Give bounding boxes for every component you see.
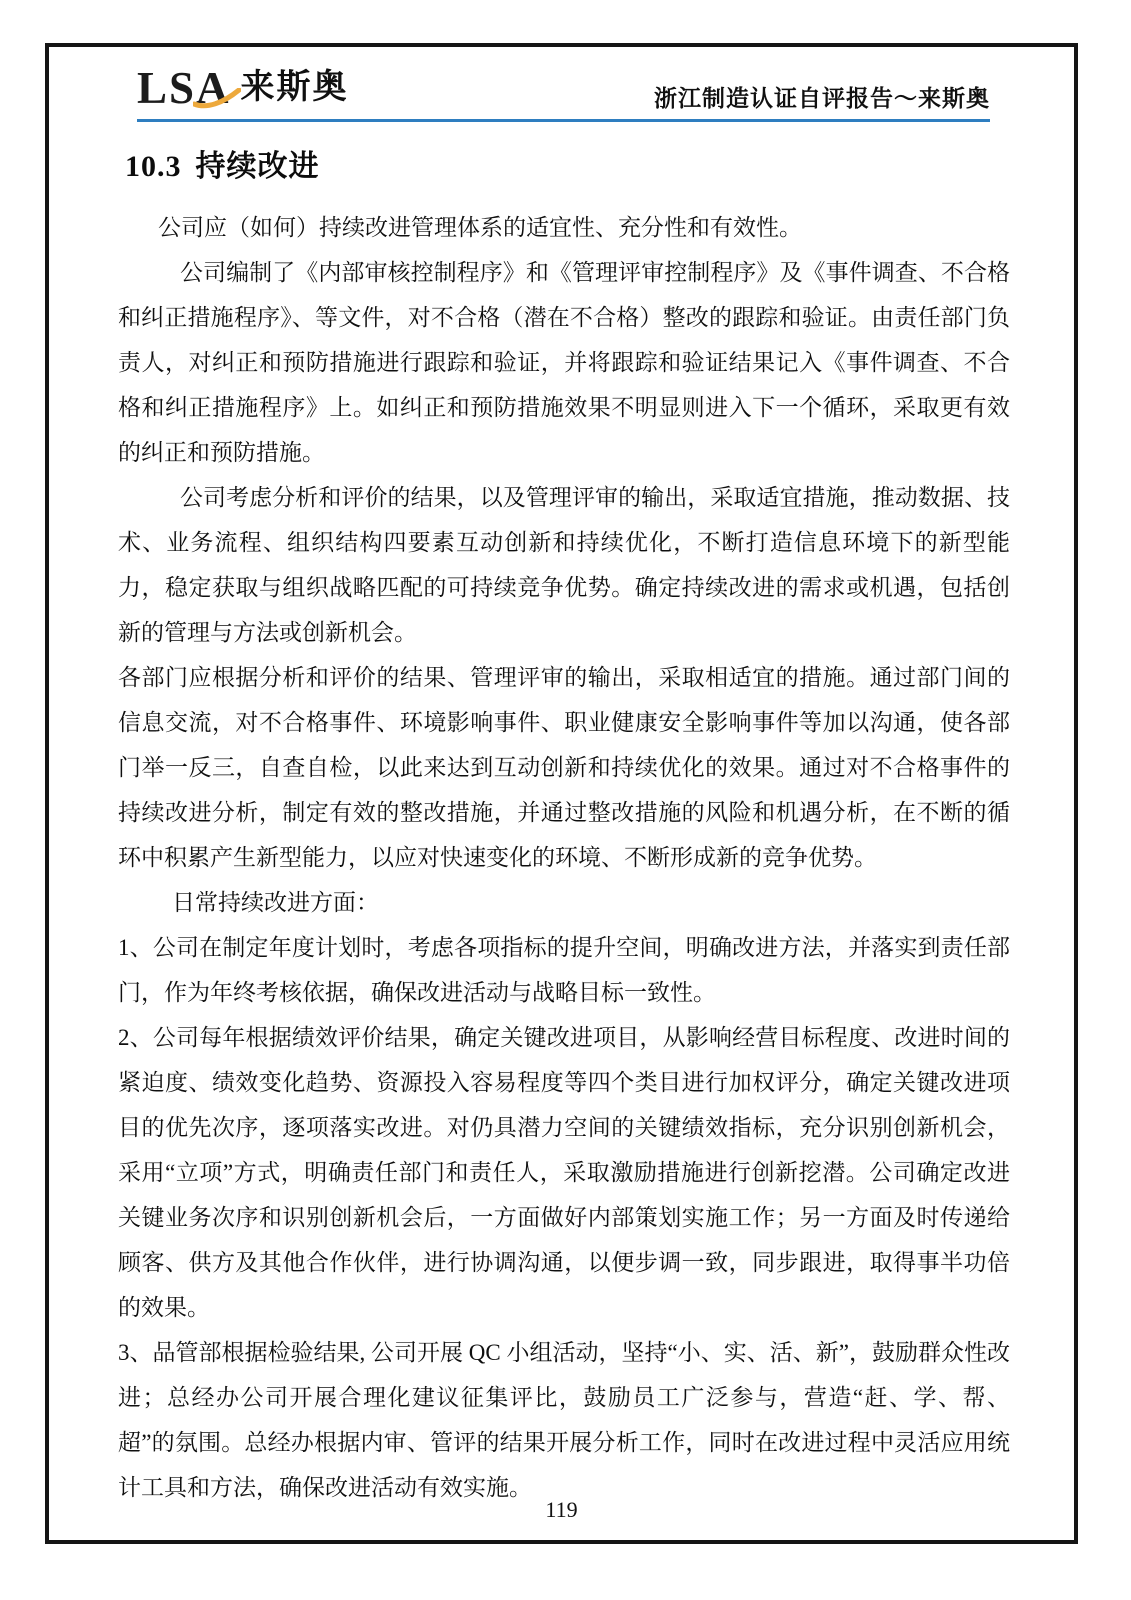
paragraph: 各部门应根据分析和评价的结果、管理评审的输出，采取相适宜的措施。通过部门间的信息… (118, 655, 1010, 880)
section-title: 持续改进 (196, 150, 320, 183)
section-number: 10.3 (125, 150, 182, 183)
header-divider-rule (137, 119, 990, 122)
document-body: 公司应（如何）持续改进管理体系的适宜性、充分性和有效性。 公司编制了《内部审核控… (118, 205, 1010, 1510)
document-header-title: 浙江制造认证自评报告～来斯奥 (654, 80, 990, 113)
paragraph: 3、品管部根据检验结果, 公司开展 QC 小组活动，坚持“小、实、活、新”，鼓励… (118, 1330, 1010, 1510)
paragraph: 公司考虑分析和评价的结果，以及管理评审的输出，采取适宜措施，推动数据、技术、业务… (118, 475, 1010, 655)
company-logo: LSA 来斯奥 (137, 59, 349, 111)
logo-lsa-text: LSA (137, 66, 231, 111)
paragraph: 2、公司每年根据绩效评价结果，确定关键改进项目，从影响经营目标程度、改进时间的紧… (118, 1015, 1010, 1330)
section-heading: 10.3持续改进 (125, 141, 320, 185)
paragraph: 日常持续改进方面： (118, 880, 1010, 925)
logo-cjk-text: 来斯奥 (241, 59, 349, 111)
paragraph: 1、公司在制定年度计划时，考虑各项指标的提升空间，明确改进方法，并落实到责任部门… (118, 925, 1010, 1015)
paragraph: 公司应（如何）持续改进管理体系的适宜性、充分性和有效性。 (118, 205, 1010, 250)
logo-latin-letters: LSA (137, 63, 231, 113)
page-border: LSA 来斯奥 浙江制造认证自评报告～来斯奥 10.3持续改进 公司应（如何）持… (45, 43, 1078, 1544)
page-number: 119 (49, 1497, 1074, 1523)
paragraph: 公司编制了《内部审核控制程序》和《管理评审控制程序》及《事件调查、不合格和纠正措… (118, 250, 1010, 475)
